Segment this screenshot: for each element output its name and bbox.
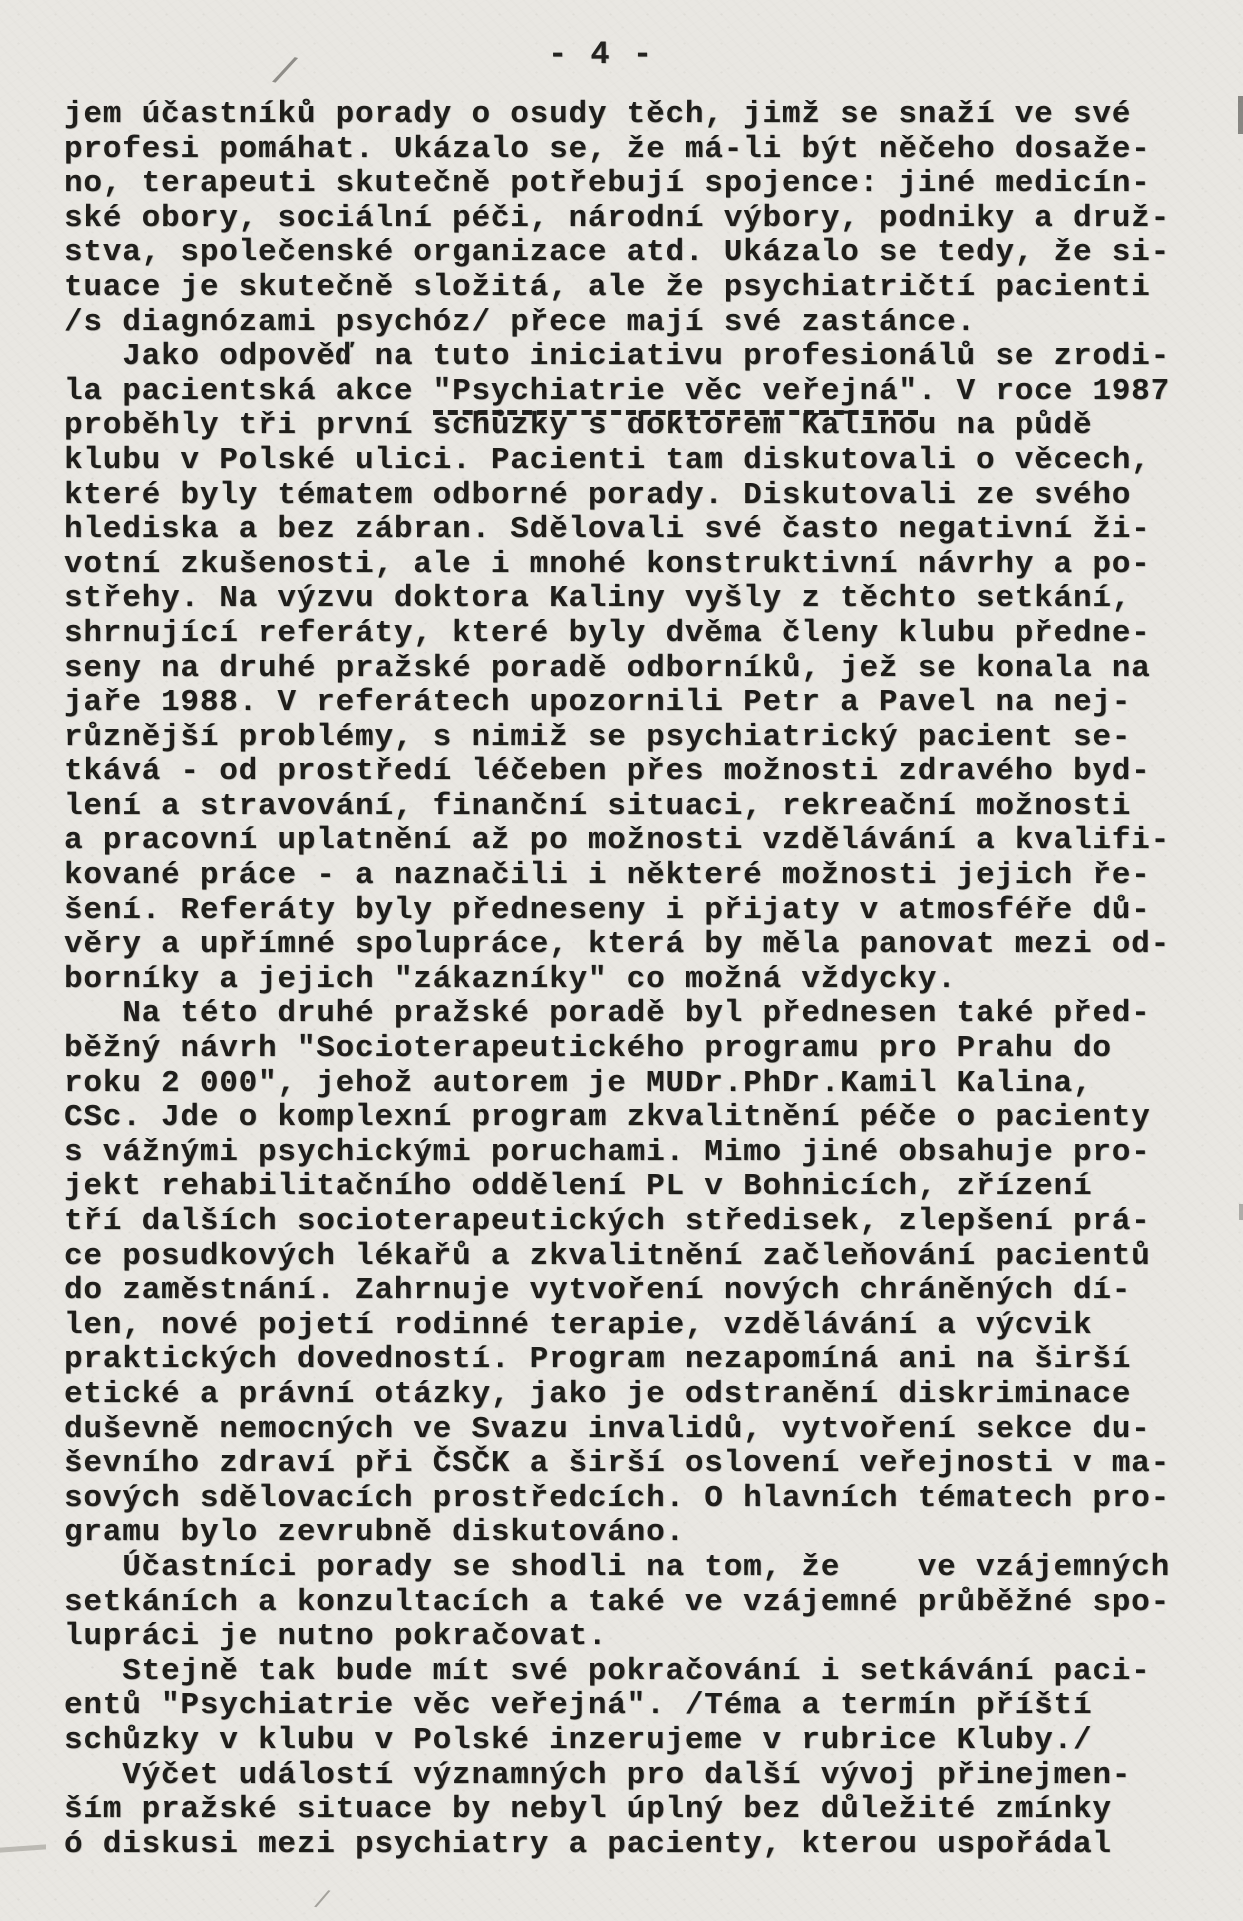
text-line: střehy. Na výzvu doktora Kaliny vyšly z … — [64, 582, 1214, 617]
stray-mark-slash: / — [311, 1885, 333, 1918]
text-line: hlediska a bez zábran. Sdělovali své čas… — [64, 513, 1214, 548]
text-line: Jako odpověď na tuto iniciativu profesio… — [64, 340, 1214, 375]
text-line: ce posudkových lékařů a zkvalitnění začl… — [64, 1240, 1214, 1275]
text-line: různější problémy, s nimiž se psychiatri… — [64, 721, 1214, 756]
text-line: profesi pomáhat. Ukázalo se, že má-li bý… — [64, 133, 1214, 168]
text-line: kované práce - a naznačili i některé mož… — [64, 859, 1214, 894]
text-line: Stejně tak bude mít své pokračování i se… — [64, 1655, 1214, 1690]
text-line: ším pražské situace by nebyl úplný bez d… — [64, 1793, 1214, 1828]
text-line: proběhly tři první schůzky s doktorem Ka… — [64, 409, 1214, 444]
text-line: ské obory, sociální péči, národní výbory… — [64, 202, 1214, 237]
text-line: ševního zdraví při ČSČK a širší oslovení… — [64, 1447, 1214, 1482]
text-line: věry a upřímné spolupráce, která by měla… — [64, 928, 1214, 963]
text-line: Účastníci porady se shodli na tom, že ve… — [64, 1551, 1214, 1586]
text-line: roku 2 000", jehož autorem je MUDr.PhDr.… — [64, 1067, 1214, 1102]
text-line: borníky a jejich "zákazníky" co možná vž… — [64, 963, 1214, 998]
text-line: a pracovní uplatnění až po možnosti vzdě… — [64, 824, 1214, 859]
text-line: s vážnými psychickými poruchami. Mimo ji… — [64, 1136, 1214, 1171]
text-line: ó diskusi mezi psychiatry a pacienty, kt… — [64, 1828, 1214, 1863]
text-line: lení a stravování, finanční situaci, rek… — [64, 790, 1214, 825]
text-line: které byly tématem odborné porady. Disku… — [64, 479, 1214, 514]
text-line: setkáních a konzultacích a také ve vzáje… — [64, 1586, 1214, 1621]
text-line: CSc. Jde o komplexní program zkvalitnění… — [64, 1101, 1214, 1136]
stray-mark-slash: / — [267, 50, 301, 99]
text-line: la pacientská akce "Psychiatrie věc veře… — [64, 375, 1214, 410]
text-line: jekt rehabilitačního oddělení PL v Bohni… — [64, 1170, 1214, 1205]
page-number: - 4 - — [548, 36, 654, 73]
text-line: stva, společenské organizace atd. Ukázal… — [64, 236, 1214, 271]
text-line: Výčet událostí významných pro další vývo… — [64, 1759, 1214, 1794]
text-line: no, terapeuti skutečně potřebují spojenc… — [64, 167, 1214, 202]
text-line: sových sdělovacích prostředcích. O hlavn… — [64, 1482, 1214, 1517]
scanned-page: - 4 - / jem účastníků porady o osudy těc… — [0, 0, 1243, 1921]
text-line: tří dalších socioterapeutických středise… — [64, 1205, 1214, 1240]
scan-artifact — [1238, 96, 1243, 134]
text-line: tuace je skutečně složitá, ale že psychi… — [64, 271, 1214, 306]
text-line: etické a právní otázky, jako je odstraně… — [64, 1378, 1214, 1413]
text-line: /s diagnózami psychóz/ přece mají své za… — [64, 306, 1214, 341]
text-line: gramu bylo zevrubně diskutováno. — [64, 1516, 1214, 1551]
text-line: entů "Psychiatrie věc veřejná". /Téma a … — [64, 1689, 1214, 1724]
text-line: Na této druhé pražské poradě byl přednes… — [64, 997, 1214, 1032]
text-line: votní zkušenosti, ale i mnohé konstrukti… — [64, 548, 1214, 583]
page-text: jem účastníků porady o osudy těch, jimž … — [64, 98, 1214, 1862]
text-line: klubu v Polské ulici. Pacienti tam disku… — [64, 444, 1214, 479]
text-line: běžný návrh "Socioterapeutického program… — [64, 1032, 1214, 1067]
text-line: duševně nemocných ve Svazu invalidů, vyt… — [64, 1413, 1214, 1448]
text-line: schůzky v klubu v Polské inzerujeme v ru… — [64, 1724, 1214, 1759]
text-line: len, nové pojetí rodinné terapie, vzdělá… — [64, 1309, 1214, 1344]
text-line: tkává - od prostředí léčeben přes možnos… — [64, 755, 1214, 790]
text-line: šení. Referáty byly předneseny i přijaty… — [64, 894, 1214, 929]
scan-artifact — [0, 1844, 46, 1852]
text-line: jaře 1988. V referátech upozornili Petr … — [64, 686, 1214, 721]
text-line: seny na druhé pražské poradě odborníků, … — [64, 652, 1214, 687]
text-line: jem účastníků porady o osudy těch, jimž … — [64, 98, 1214, 133]
text-line: praktických dovedností. Program nezapomí… — [64, 1343, 1214, 1378]
scan-artifact — [1239, 1204, 1243, 1220]
text-line: do zaměstnání. Zahrnuje vytvoření nových… — [64, 1274, 1214, 1309]
text-line: lupráci je nutno pokračovat. — [64, 1620, 1214, 1655]
text-line: shrnující referáty, které byly dvěma čle… — [64, 617, 1214, 652]
